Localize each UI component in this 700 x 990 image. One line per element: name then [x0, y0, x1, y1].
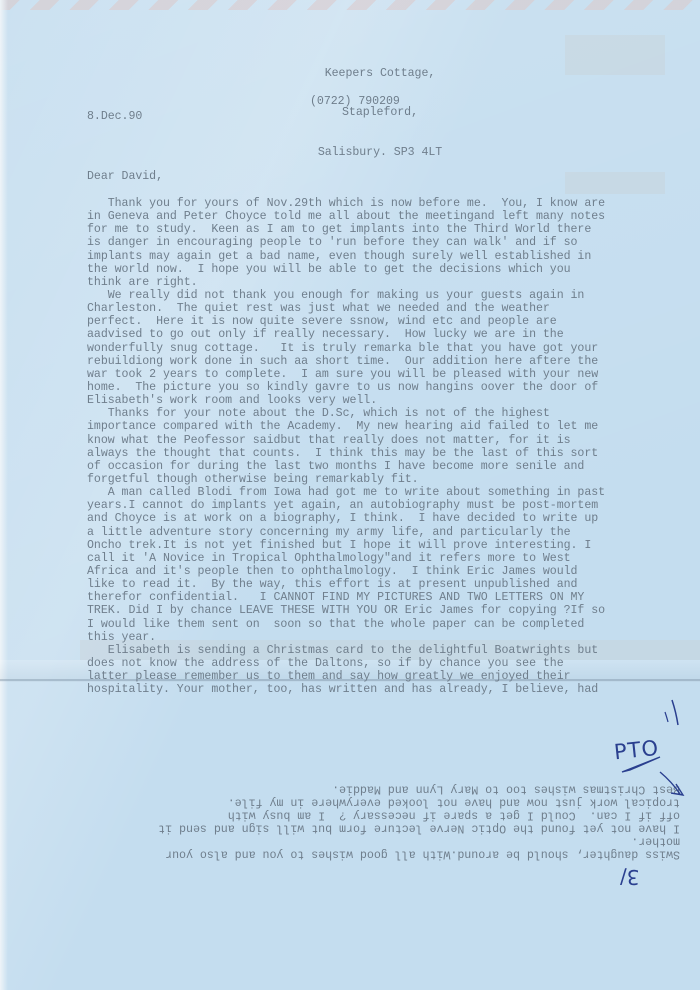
handwritten-arrows — [0, 0, 700, 990]
hand-stroke — [660, 772, 680, 794]
arrow-icon — [622, 757, 660, 772]
hand-stroke — [672, 700, 678, 725]
hand-stroke — [665, 712, 668, 722]
